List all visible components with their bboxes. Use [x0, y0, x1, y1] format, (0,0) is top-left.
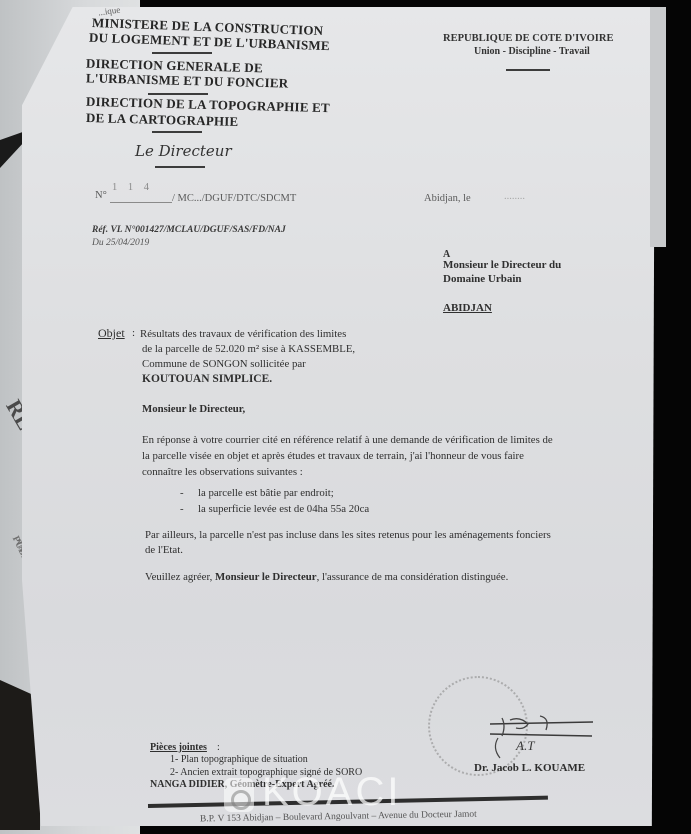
recipient-line-2: Domaine Urbain — [443, 272, 522, 287]
subject-line-3: Commune de SONGON sollicitée par — [142, 357, 306, 373]
observation-item: la parcelle est bâtie par endroit; — [198, 486, 334, 502]
salutation: Monsieur le Directeur, — [142, 402, 245, 418]
reference-number: Réf. VL N°001427/MCLAU/DGUF/SAS/FD/NAJ — [92, 225, 286, 235]
observation-item: la superficie levée est de 04ha 55a 20ca — [198, 502, 369, 518]
signatory-name: Dr. Jacob L. KOUAME — [474, 762, 585, 774]
reference-date: Du 25/04/2019 — [92, 238, 149, 248]
page-edge — [650, 7, 666, 247]
recipient-city: ABIDJAN — [443, 301, 492, 316]
number-prefix: N° — [95, 190, 107, 201]
letter-number: 1 1 4 — [112, 182, 153, 193]
letter-date: ........ — [504, 191, 525, 202]
separator — [155, 166, 205, 168]
body-line-1: En réponse à votre courrier cité en réfé… — [142, 433, 553, 449]
separator — [152, 52, 212, 54]
watermark-logo-icon — [224, 778, 254, 812]
separator — [152, 131, 202, 133]
subject-line-2: de la parcelle de 52.020 m² sise à KASSE… — [142, 342, 355, 358]
body-line-3: connaître les observations suivantes : — [142, 465, 303, 481]
body-line-5: de l'Etat. — [145, 543, 183, 559]
closing-formula: Veuillez agréer, Monsieur le Directeur, … — [145, 570, 508, 586]
place-label: Abidjan, le — [424, 193, 471, 204]
body-line-4: Par ailleurs, la parcelle n'est pas incl… — [145, 528, 551, 544]
country-name: REPUBLIQUE DE COTE D'IVOIRE — [443, 33, 613, 44]
signature-mark — [488, 714, 598, 760]
letter-page — [22, 7, 655, 826]
country-motto: Union - Discipline - Travail — [474, 46, 590, 57]
separator — [506, 69, 550, 71]
director-title: Le Directeur — [135, 142, 232, 160]
number-underline — [110, 202, 172, 203]
reference-code: / MC.../DGUF/DTC/SDCMT — [172, 193, 296, 204]
watermark-text: KOACI — [262, 770, 401, 815]
subject-label: Objet — [98, 326, 125, 342]
recipient-line-1: Monsieur le Directeur du — [443, 258, 561, 273]
body-line-2: la parcelle visée en objet et après étud… — [142, 449, 524, 465]
signature-initials: A.T — [516, 738, 534, 754]
subject-line-1: Résultats des travaux de vérification de… — [140, 327, 346, 343]
subject-line-4: KOUTOUAN SIMPLICE. — [142, 372, 272, 388]
